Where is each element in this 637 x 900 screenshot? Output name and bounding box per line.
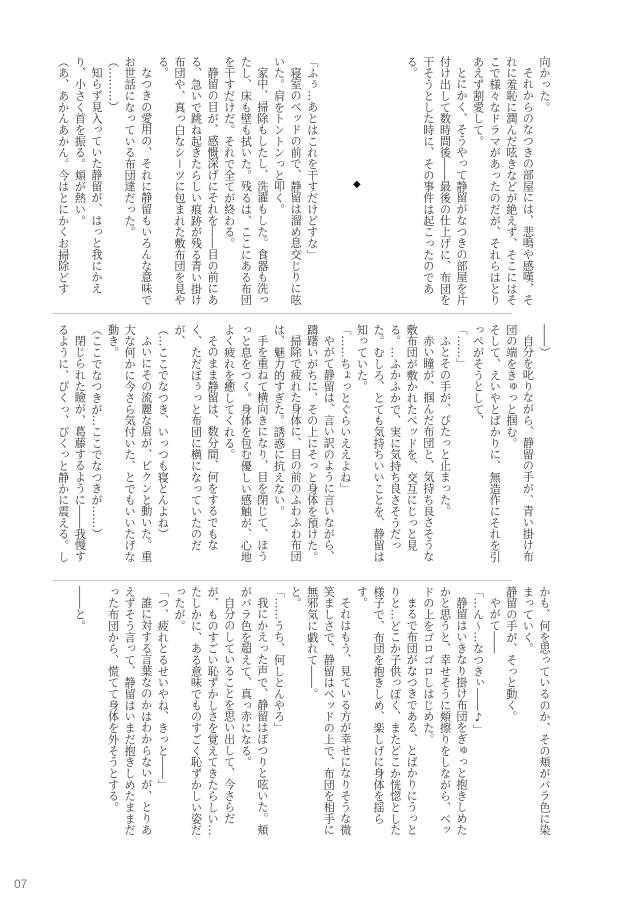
paragraph xyxy=(369,56,386,306)
paragraph: 家中、掃除もしたし、洗濯もした。食器も洗ったし、床も壁も拭いた。残るは、ここにあ… xyxy=(220,56,270,306)
paragraph: ふいにその流麗な眉が、ピクンと動いた。重大な何かに今さら気付いた、とでもいいたげ… xyxy=(104,324,154,568)
paragraph xyxy=(386,56,403,306)
paragraph: ふとその手が、ぴたっと止まった。 xyxy=(436,324,453,568)
paragraph: （あ、あかんあかん。今はとにかくお掃除どす xyxy=(54,56,71,306)
vertical-text-block: かも、何を思っているのか、その頬がバラ色に染まっていく。静留の手が、そっと動く。… xyxy=(71,586,552,840)
scene-break-diamond-icon: ◆ xyxy=(353,180,361,190)
text-section-bottom: かも、何を思っているのか、その頬がバラ色に染まっていく。静留の手が、そっと動く。… xyxy=(52,586,552,840)
paragraph: なつきの愛用の、それに静留もいろんな意味でお世話になっている布団達だった。 xyxy=(121,56,154,306)
text-section-middle: ――）自分を叱りながら、静留の手が、青い掛け布団の端をきゅっと掴む。そして、えい… xyxy=(52,324,552,568)
paragraph: 掃除で疲れた身体に、目の前のふわふわ布団は、魅力的すぎた。誘惑に抗えない。 xyxy=(270,324,303,568)
paragraph: 「ふぅ…あとはこれを干すだけどすな」 xyxy=(303,56,320,306)
paragraph: そして、えいやとばかりに、無造作にそれを引っぺがそうとして、 xyxy=(469,324,502,568)
paragraph: 向かった。 xyxy=(535,56,552,306)
paragraph: 自分を叱りながら、静留の手が、青い掛け布団の端をきゅっと掴む。 xyxy=(502,324,535,568)
paragraph: 「…ん〜…なつきぃ――♪」 xyxy=(469,586,486,840)
paragraph: と。 xyxy=(287,586,304,840)
paragraph: とにかく、そうやって静留がなつきの部屋を片付け出して数時間後――最後の仕上げに、… xyxy=(403,56,469,306)
paragraph: かも、何を思っているのか、その頬がバラ色に染まっていく。 xyxy=(519,586,552,840)
paragraph: 寝室のベッドの前で、静留は溜め息交じりに呟いた。肩をトントンっと叩く。 xyxy=(270,56,303,306)
text-section-top: 向かった。それからのなつきの部屋には、悲鳴や感嘆、それに羞恥に潤んだ呟きなどが絶… xyxy=(52,56,552,306)
paragraph: 手を重ねて横向きになり、目を閉じて、ほうっと息をつく。身体を包む優しい感触が、心… xyxy=(220,324,270,568)
paragraph: やがて静留は、言い訳のように言いながら、躊躇いがちに、その上にそっと身体を預けた… xyxy=(303,324,336,568)
section-divider xyxy=(52,313,512,314)
paragraph: ――と。 xyxy=(71,586,88,840)
paragraph: 静留はいきなり掛け布団をぎゅっと抱きしめたかと思うと、幸せそうに頬擦りをしながら… xyxy=(419,586,469,840)
paragraph: 誰に対する言葉なのかはわからないが、とりあえずそう言って、静留はいまだ抱きしめた… xyxy=(104,586,154,840)
vertical-text-block: ――）自分を叱りながら、静留の手が、青い掛け布団の端をきゅっと掴む。そして、えい… xyxy=(54,324,552,568)
paragraph: （………） xyxy=(104,56,121,306)
paragraph: 閉じられた瞼が、葛藤するように――我慢するように、ぴくっ、ぴくっと静かに震える。… xyxy=(54,324,87,568)
paragraph: 「……」 xyxy=(452,324,469,568)
paragraph: 「……うち、何しとんやろ」 xyxy=(270,586,287,840)
vertical-text-block: 向かった。それからのなつきの部屋には、悲鳴や感嘆、それに羞恥に潤んだ呟きなどが絶… xyxy=(54,56,552,306)
paragraph xyxy=(336,56,353,306)
paragraph: 「……ちょっとぐらいええよね」 xyxy=(336,324,353,568)
paragraph: 静留の目が、感慨深げにそれを――目の前にある、急いで跳ね起きたらしい痕跡が残る青… xyxy=(154,56,220,306)
page-number: 07 xyxy=(14,877,27,891)
section-divider xyxy=(52,580,512,581)
paragraph: （…ここでなつき、いっつも寝とんよね） xyxy=(154,324,171,568)
paragraph: それからのなつきの部屋には、悲鳴や感嘆、それに羞恥に潤んだ呟きなどが絶えず、そこ… xyxy=(469,56,535,306)
novel-page: 向かった。それからのなつきの部屋には、悲鳴や感嘆、それに羞恥に潤んだ呟きなどが絶… xyxy=(0,0,637,900)
paragraph: 知らず見入っていた静留が、はっと我にかえり、小さく首を振る。頬が熱い。 xyxy=(71,56,104,306)
paragraph xyxy=(87,586,104,840)
paragraph: 「つ、疲れとるせいやね、きっと――」 xyxy=(154,586,171,840)
paragraph: （ここでなつきが…ここでなつきが……） xyxy=(87,324,104,568)
paragraph: 赤い瞳が、掴んだ布団と、気持ち良さそうな敷布団が敷かれたベッドを、交互にじっと見… xyxy=(353,324,436,568)
paragraph: 我にかえった声で、静留はぽつりと呟いた。頬がバラ色を超えて、真っ赤になる。 xyxy=(237,586,270,840)
paragraph: それはもう、見ている方が幸せになりそうな微笑ましさで、静留はベッドの上で、布団を… xyxy=(303,586,353,840)
paragraph: 静留の手が、そっと動く。 xyxy=(502,586,519,840)
paragraph: 自分のしていることを思い出して、今さらだが、ものすごい恥ずかしさを覚えてきたらし… xyxy=(170,586,236,840)
paragraph: そのまま静留は、数分間、何をするでもなく、ただぼぅっと布団に横になっていたのだが… xyxy=(170,324,220,568)
paragraph: やがて―― xyxy=(486,586,503,840)
paragraph xyxy=(320,56,337,306)
paragraph: ――） xyxy=(535,324,552,568)
paragraph: まるで布団がなつきである、とばかりにうっとりと…どこか子供っぽく、またどこか恍惚… xyxy=(353,586,419,840)
